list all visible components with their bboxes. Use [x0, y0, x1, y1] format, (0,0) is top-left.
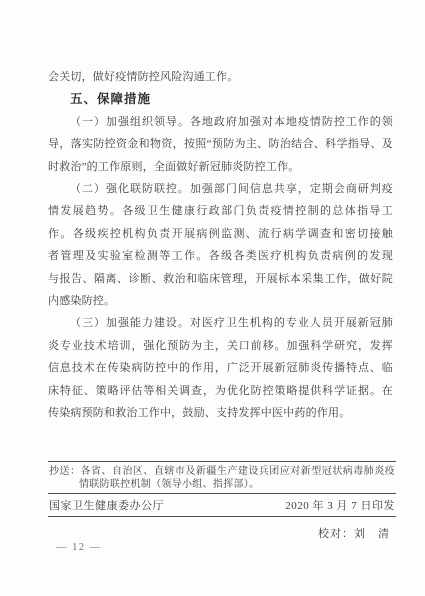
cc-note: 抄送：各省、自治区、直辖市及新疆生产建设兵团应对新型冠状病毒肺炎疫情联防联控机制… [48, 462, 396, 493]
proofread-label: 校对： [318, 528, 354, 540]
paragraph: （二）强化联防联控。加强部门间信息共享，定期会商研判疫 情发展趋势。各级卫生健康… [48, 178, 393, 312]
paragraph-line: （一）加强组织领导。各地政府加强对本地疫情防控工作的领 [48, 111, 393, 133]
horizontal-rule [48, 516, 396, 517]
document-page: 会关切，做好疫情防控风险沟通工作。 五、保障措施 （一）加强组织领导。各地政府加… [0, 0, 425, 596]
paragraph-line: 情发展趋势。各级卫生健康行政部门负责疫情控制的总体指导工 [48, 200, 393, 222]
cc-label: 抄送： [49, 466, 80, 477]
paragraph-line: 信息技术在传染病防控中的作用，广泛开展新冠肺炎传播特点、临 [48, 357, 393, 379]
paragraph-line: 导，落实防控资金和物资，按照“预防为主、防治结合、科学指导、及 [48, 133, 393, 155]
proofread-name: 刘 清 [354, 528, 390, 540]
paragraph-line: 炎专业技术培训，强化预防为主，关口前移。加强科学研究，发挥 [48, 335, 393, 357]
paragraph-line: 者管理及实验室检测等工作。各级各类医疗机构负责病例的发现 [48, 245, 393, 267]
section-heading: 五、保障措施 [48, 88, 393, 110]
document-body: 会关切，做好疫情防控风险沟通工作。 五、保障措施 （一）加强组织领导。各地政府加… [48, 66, 393, 425]
paragraph-line: （二）强化联防联控。加强部门间信息共享，定期会商研判疫 [48, 178, 393, 200]
issuer-row: 国家卫生健康委办公厅 2020 年 3 月 7 日印发 [48, 494, 396, 516]
paragraph-line: 床特征、策略评估等相关调查，为优化防控策略提供科学证据。在 [48, 380, 393, 402]
paragraph-line: （三）加强能力建设。对医疗卫生机构的专业人员开展新冠肺 [48, 312, 393, 334]
paragraph-line: 内感染防控。 [48, 290, 393, 312]
issuing-office: 国家卫生健康委办公厅 [49, 497, 164, 513]
document-footer: 抄送：各省、自治区、直辖市及新疆生产建设兵团应对新型冠状病毒肺炎疫情联防联控机制… [48, 461, 396, 541]
body-line-continuation: 会关切，做好疫情防控风险沟通工作。 [48, 66, 393, 88]
paragraph-line: 与报告、隔离、诊断、救治和临床管理，开展标本采集工作，做好院 [48, 268, 393, 290]
cc-text: 各省、自治区、直辖市及新疆生产建设兵团应对新型冠状病毒肺炎疫情联防联控机制（领导… [79, 466, 395, 490]
paragraph-line: 作。各级疾控机构负责开展病例监测、流行病学调查和密切接触 [48, 223, 393, 245]
proofread-note: 校对：刘 清 [48, 525, 396, 541]
paragraph: （三）加强能力建设。对医疗卫生机构的专业人员开展新冠肺 炎专业技术培训，强化预防… [48, 312, 393, 424]
paragraph-line: 传染病预防和救治工作中，鼓励、支持发挥中医中药的作用。 [48, 402, 393, 424]
paragraph: （一）加强组织领导。各地政府加强对本地疫情防控工作的领 导，落实防控资金和物资，… [48, 111, 393, 178]
page-number: — 12 — [56, 542, 102, 553]
paragraph-line: 时救治”的工作原则，全面做好新冠肺炎防控工作。 [48, 156, 393, 178]
print-date: 2020 年 3 月 7 日印发 [285, 497, 395, 513]
